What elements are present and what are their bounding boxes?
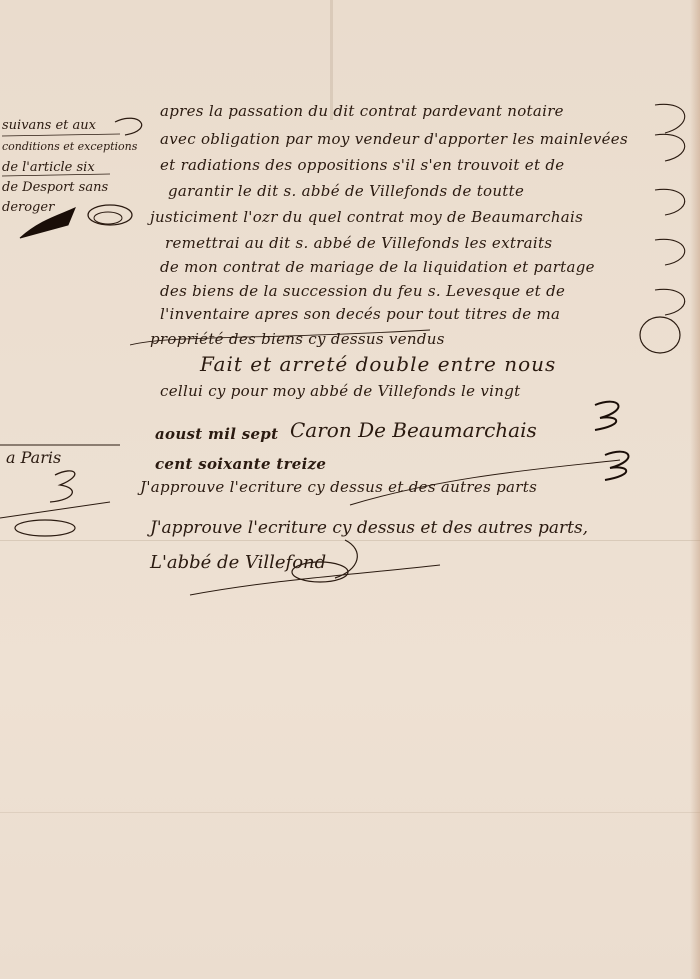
body-flourishes: [130, 95, 700, 385]
signature-flourishes: [150, 390, 670, 600]
paper-fold-horizontal-lower: [0, 812, 700, 813]
margin-paraphe-flourish: [0, 440, 130, 540]
manuscript-page: suivans et aux conditions et exceptions …: [0, 0, 700, 979]
closing-statement: Fait et arreté double entre nous: [200, 352, 556, 376]
